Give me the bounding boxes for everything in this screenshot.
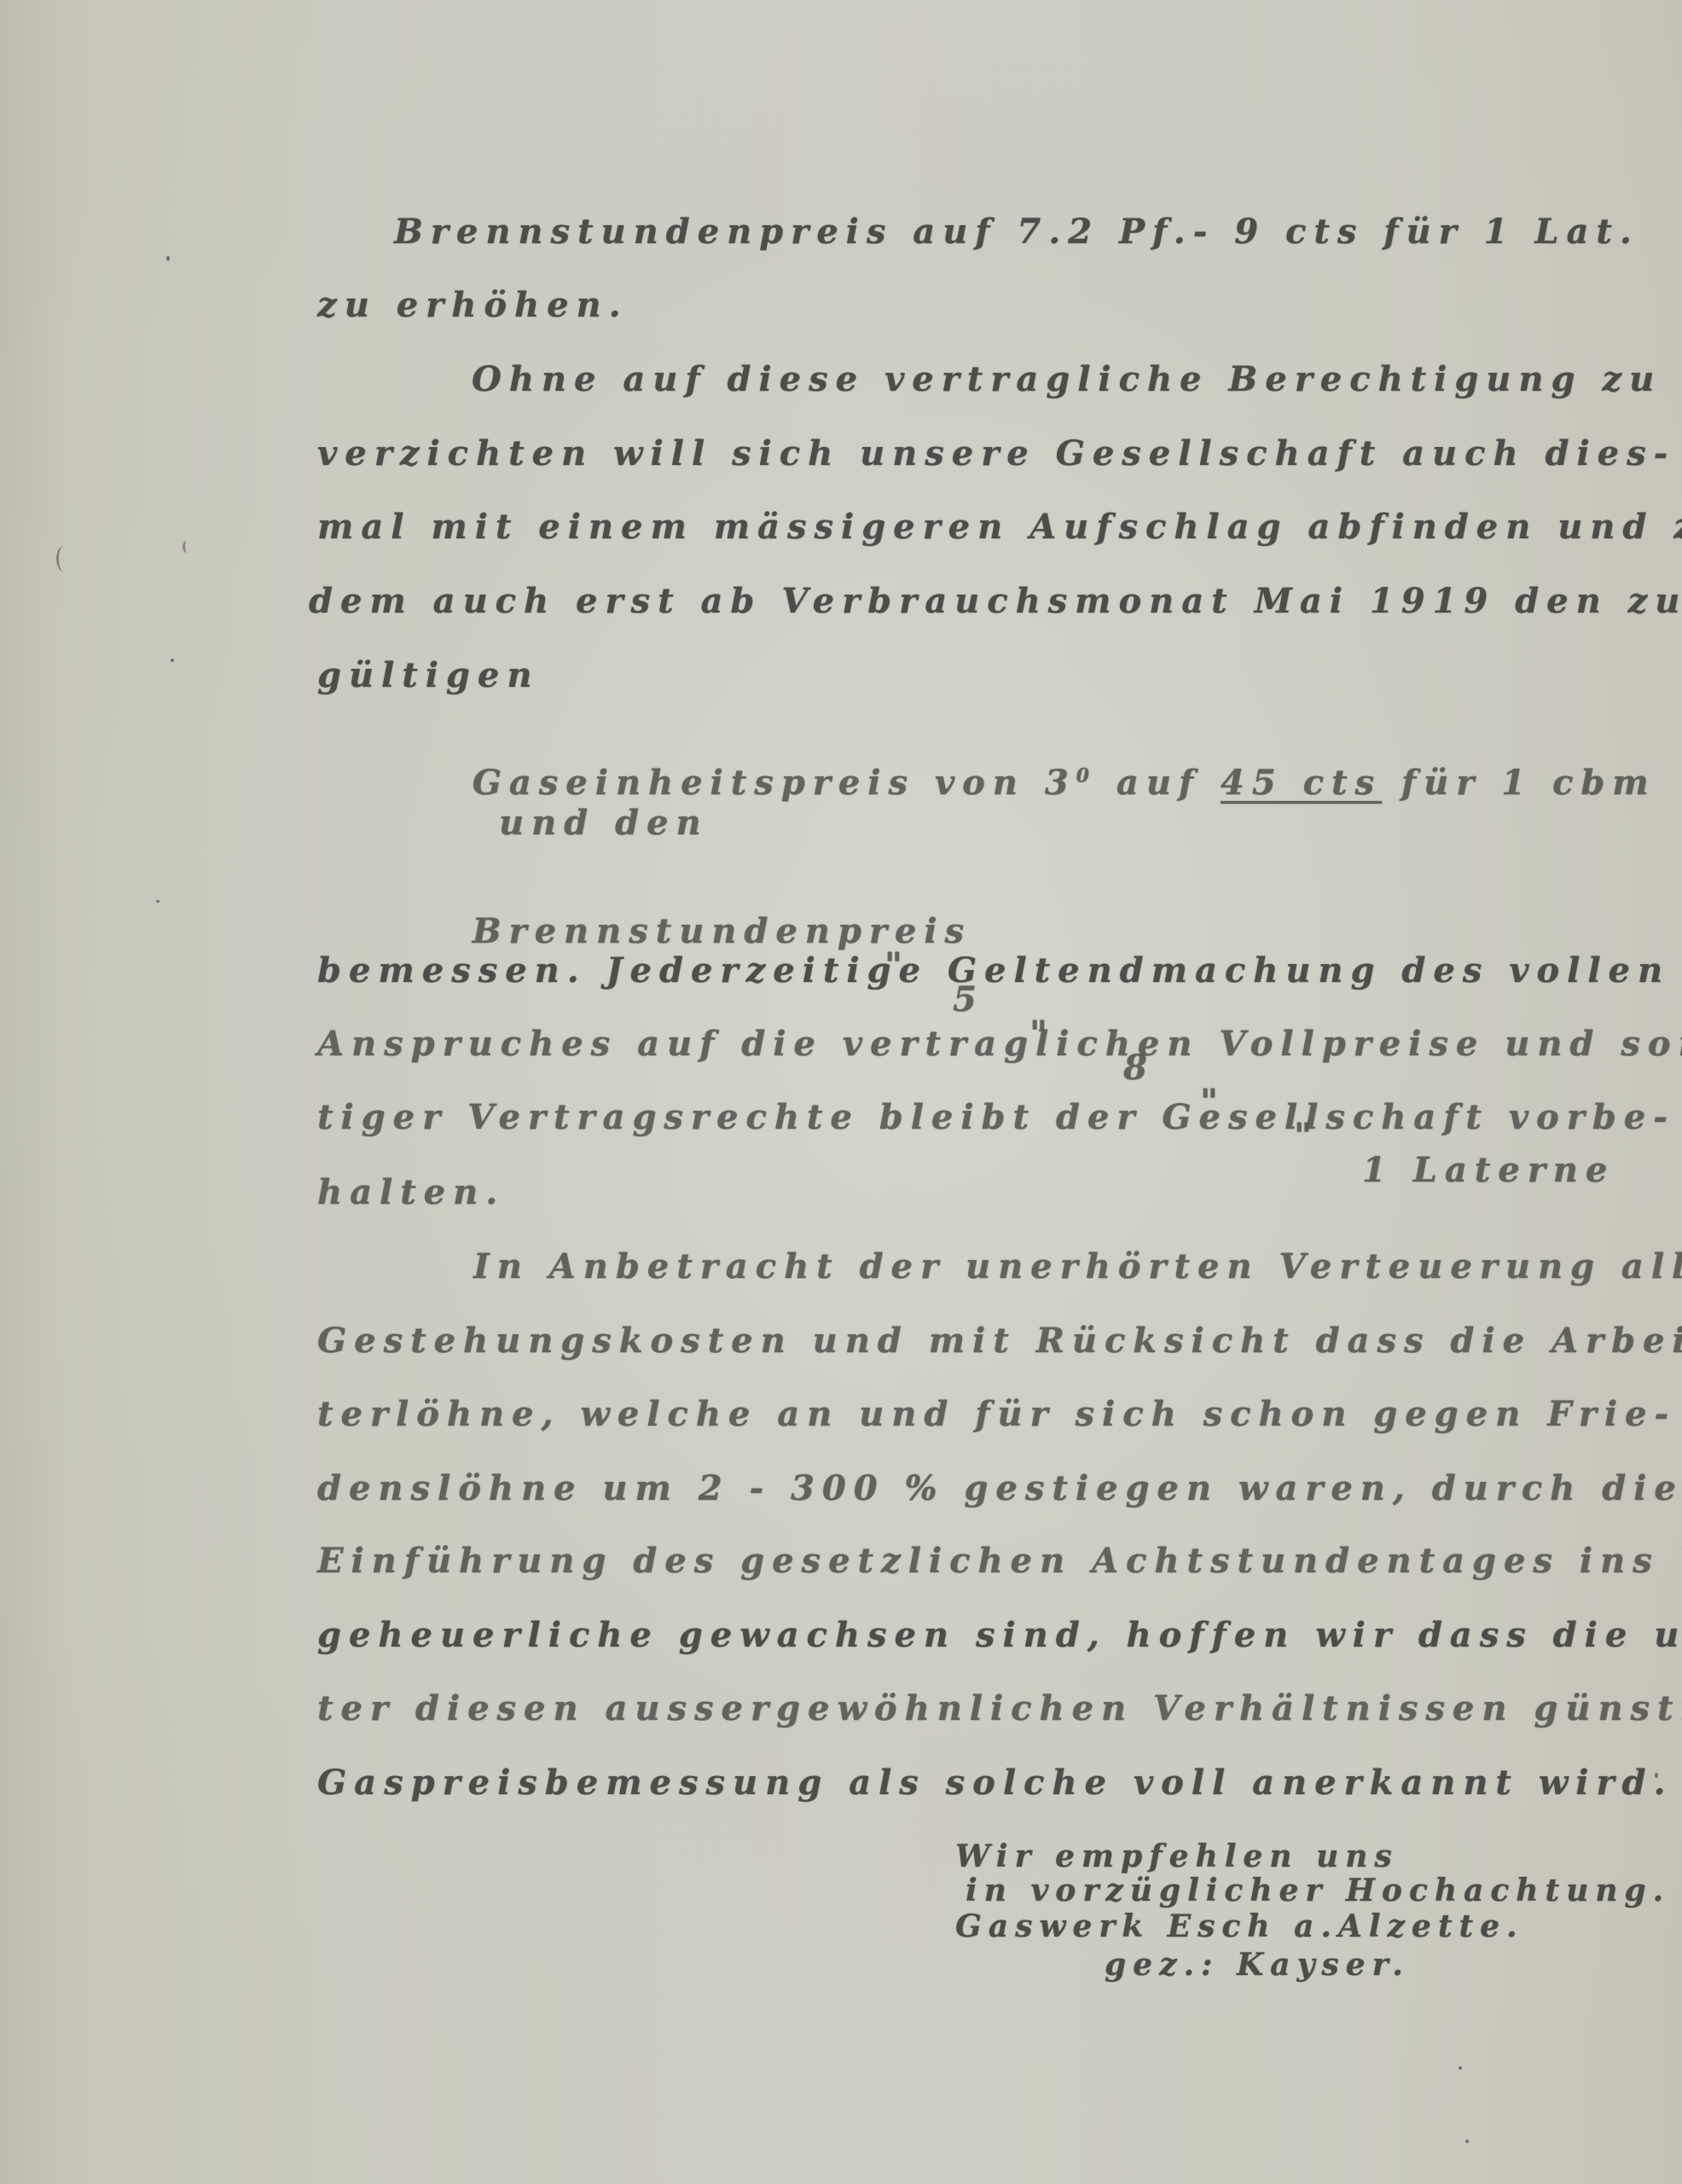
text-line: denslöhne um 2 - 300 % gestiegen waren, … xyxy=(317,1472,1682,1506)
text-line: mal mit einem mässigeren Aufschlag abfin… xyxy=(317,510,1682,544)
sender-organization: Gaswerk Esch a.Alzette. xyxy=(955,1911,1524,1942)
text-line: Gestehungskosten und mit Rücksicht dass … xyxy=(317,1324,1682,1358)
text-line: Einführung des gesetzlichen Achtstundent… xyxy=(317,1544,1682,1578)
gas-unit-price-superscript: 0 xyxy=(1076,765,1097,787)
text-line: Brennstundenpreis auf 7.2 Pf.- 9 cts für… xyxy=(394,215,1639,249)
text-line: terlöhne, welche an und für sich schon g… xyxy=(317,1397,1676,1432)
gas-unit-price-unit: für 1 cbm xyxy=(1382,763,1656,803)
paper-fibre xyxy=(183,541,192,553)
price-connector: und den xyxy=(499,806,709,840)
text-line: verzichten will sich unsere Gesellschaft… xyxy=(317,437,1675,471)
text-line: ter diesen aussergewöhnlichen Verhältnis… xyxy=(317,1692,1682,1726)
closing-line-2: in vorzüglicher Hochachtung. xyxy=(966,1875,1670,1906)
paper-speck xyxy=(156,900,159,903)
gas-unit-price-new: 45 cts xyxy=(1221,763,1382,803)
text-line: zu erhöhen. xyxy=(317,288,629,322)
text-line: Anspruches auf die vertraglichen Vollpre… xyxy=(317,1027,1682,1061)
text-line: tiger Vertragsrechte bleibt der Gesellsc… xyxy=(317,1101,1675,1135)
paper-speck xyxy=(166,256,170,261)
paper-speck xyxy=(171,659,174,662)
paragraph-start: In Anbetracht der unerhörten Verteuerung… xyxy=(473,1250,1682,1284)
text-line: Gaspreisbemessung als solche voll anerka… xyxy=(317,1766,1673,1800)
text-line: gültigen xyxy=(317,659,539,693)
signatory: gez.: Kayser. xyxy=(1105,1949,1410,1980)
paper-speck xyxy=(1465,2140,1469,2143)
gas-unit-price-label: Gaseinheitspreis von 3 xyxy=(473,763,1076,803)
paragraph-start: Ohne auf diese vertragliche Berechtigung… xyxy=(472,363,1662,397)
paper-speck xyxy=(1459,2066,1462,2070)
text-line: halten. xyxy=(317,1176,505,1210)
text-line: bemessen. Jederzeitige Geltendmachung de… xyxy=(317,954,1670,988)
text-line: geheuerliche gewachsen sind, hoffen wir … xyxy=(317,1618,1682,1653)
burning-hour-unit: 1 Laterne xyxy=(1362,1153,1615,1188)
paper-fibre xyxy=(56,546,71,572)
gas-unit-price-mid: auf xyxy=(1097,763,1221,803)
closing-line-1: Wir empfehlen uns xyxy=(955,1841,1399,1872)
text-line: dem auch erst ab Verbrauchsmonat Mai 191… xyxy=(309,584,1682,619)
